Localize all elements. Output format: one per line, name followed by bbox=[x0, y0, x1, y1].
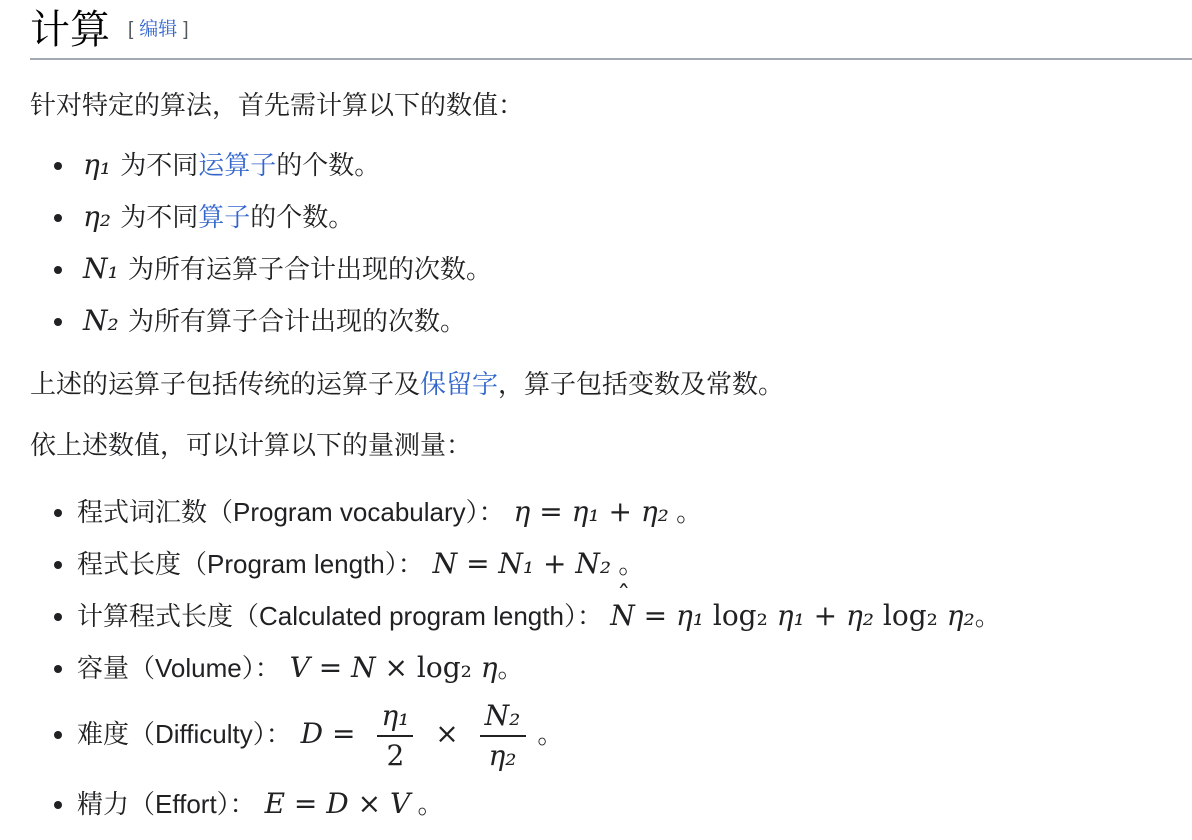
section-title: 计算 bbox=[30, 7, 110, 53]
measures-intro-paragraph: 依上述数值，可以计算以下的量测量： bbox=[30, 426, 1192, 465]
math-run: η bbox=[472, 651, 498, 684]
math-run: log₂ bbox=[713, 599, 768, 632]
wiki-link[interactable]: 保留字 bbox=[420, 369, 498, 399]
operators-note-paragraph: 上述的运算子包括传统的运算子及保留字，算子包括变数及常数。 bbox=[30, 365, 1192, 404]
text-run: 的个数。 bbox=[276, 150, 380, 180]
math-run: D = bbox=[292, 717, 365, 750]
edit-bracket-open: [ bbox=[128, 19, 133, 40]
measure-item: 计算程式长度（Calculated program length）： ˆN = … bbox=[77, 596, 1192, 636]
hat-accent: ˆ bbox=[617, 583, 630, 609]
math-run: η₁ + η₂ bbox=[768, 599, 883, 632]
wiki-link[interactable]: 运算子 bbox=[198, 150, 276, 180]
math-run: log₂ bbox=[417, 651, 472, 684]
text-run: 。 bbox=[410, 789, 443, 819]
math-run: η₂ bbox=[938, 599, 975, 632]
text-run: 为不同 bbox=[113, 150, 198, 180]
text-run: 。 bbox=[537, 719, 563, 749]
edit-bracket-close: ] bbox=[183, 19, 188, 40]
edit-link[interactable]: 编辑 bbox=[139, 19, 177, 40]
text-run: 精力（Effort）： bbox=[77, 789, 256, 819]
definitions-list: η₁ 为不同运算子的个数。η₂ 为不同算子的个数。N₁ 为所有运算子合计出现的次… bbox=[30, 145, 1192, 341]
measure-item: 精力（Effort）： E = D × V 。 bbox=[77, 784, 1192, 824]
definition-item: N₂ 为所有算子合计出现的次数。 bbox=[77, 301, 1192, 341]
math-run: N = N₁ + N₂ bbox=[424, 547, 611, 580]
text-run: 。 bbox=[498, 653, 524, 683]
section-heading: 计算[编辑] bbox=[30, 0, 1192, 60]
measure-item: 难度（Difficulty）： D = η₁2 × N₂η₂。 bbox=[77, 700, 1192, 772]
text-run: 为所有运算子合计出现的次数。 bbox=[121, 254, 492, 284]
definition-item: η₂ 为不同算子的个数。 bbox=[77, 197, 1192, 237]
measures-list: 程式词汇数（Program vocabulary）： η = η₁ + η₂ 。… bbox=[30, 492, 1192, 824]
math-run: N₁ bbox=[83, 252, 119, 285]
fraction-numerator: N₂ bbox=[476, 700, 530, 735]
text-run: 程式长度（Program length）： bbox=[77, 549, 424, 579]
text-run: 为不同 bbox=[113, 202, 198, 232]
math-fraction: η₁2 bbox=[372, 700, 418, 772]
article-section: 计算[编辑] 针对特定的算法，首先需计算以下的数值： η₁ 为不同运算子的个数。… bbox=[0, 0, 1192, 824]
text-run: 容量（Volume）： bbox=[77, 653, 281, 683]
definition-item: N₁ 为所有运算子合计出现的次数。 bbox=[77, 249, 1192, 289]
wiki-link[interactable]: 算子 bbox=[198, 202, 250, 232]
text-run: 为所有算子合计出现的次数。 bbox=[121, 306, 466, 336]
math-run: log₂ bbox=[883, 599, 938, 632]
definition-item: η₁ 为不同运算子的个数。 bbox=[77, 145, 1192, 185]
text-run: 。 bbox=[611, 549, 644, 579]
text-run: 上述的运算子包括传统的运算子及 bbox=[30, 369, 420, 399]
math-run: V = N × bbox=[281, 651, 417, 684]
text-run: 难度（Difficulty）： bbox=[77, 719, 292, 749]
math-fraction: N₂η₂ bbox=[476, 700, 530, 772]
math-run: × bbox=[426, 717, 467, 750]
math-run: = η₁ bbox=[635, 599, 713, 632]
text-run: 。 bbox=[975, 601, 1001, 631]
measure-item: 程式长度（Program length）： N = N₁ + N₂ 。 bbox=[77, 544, 1192, 584]
text-run: 。 bbox=[669, 497, 702, 527]
intro-paragraph: 针对特定的算法，首先需计算以下的数值： bbox=[30, 86, 1192, 125]
math-run: N₂ bbox=[83, 304, 119, 337]
text-run: 程式词汇数（Program vocabulary）： bbox=[77, 497, 505, 527]
measure-item: 程式词汇数（Program vocabulary）： η = η₁ + η₂ 。 bbox=[77, 492, 1192, 532]
math-run: η₂ bbox=[83, 200, 111, 233]
measure-item: 容量（Volume）： V = N × log₂ η。 bbox=[77, 648, 1192, 688]
fraction-denominator: η₂ bbox=[480, 735, 526, 772]
fraction-numerator: η₁ bbox=[372, 700, 418, 735]
text-run: ，算子包括变数及常数。 bbox=[498, 369, 784, 399]
math-run: E = D × V bbox=[256, 787, 411, 820]
text-run: 计算程式长度（Calculated program length）： bbox=[77, 601, 610, 631]
math-hat-variable: ˆN bbox=[610, 596, 635, 635]
text-run: 的个数。 bbox=[250, 202, 354, 232]
math-run: η₁ bbox=[83, 148, 111, 181]
edit-section: [编辑] bbox=[128, 19, 189, 40]
math-run: η = η₁ + η₂ bbox=[505, 495, 669, 528]
fraction-denominator: 2 bbox=[377, 735, 413, 772]
